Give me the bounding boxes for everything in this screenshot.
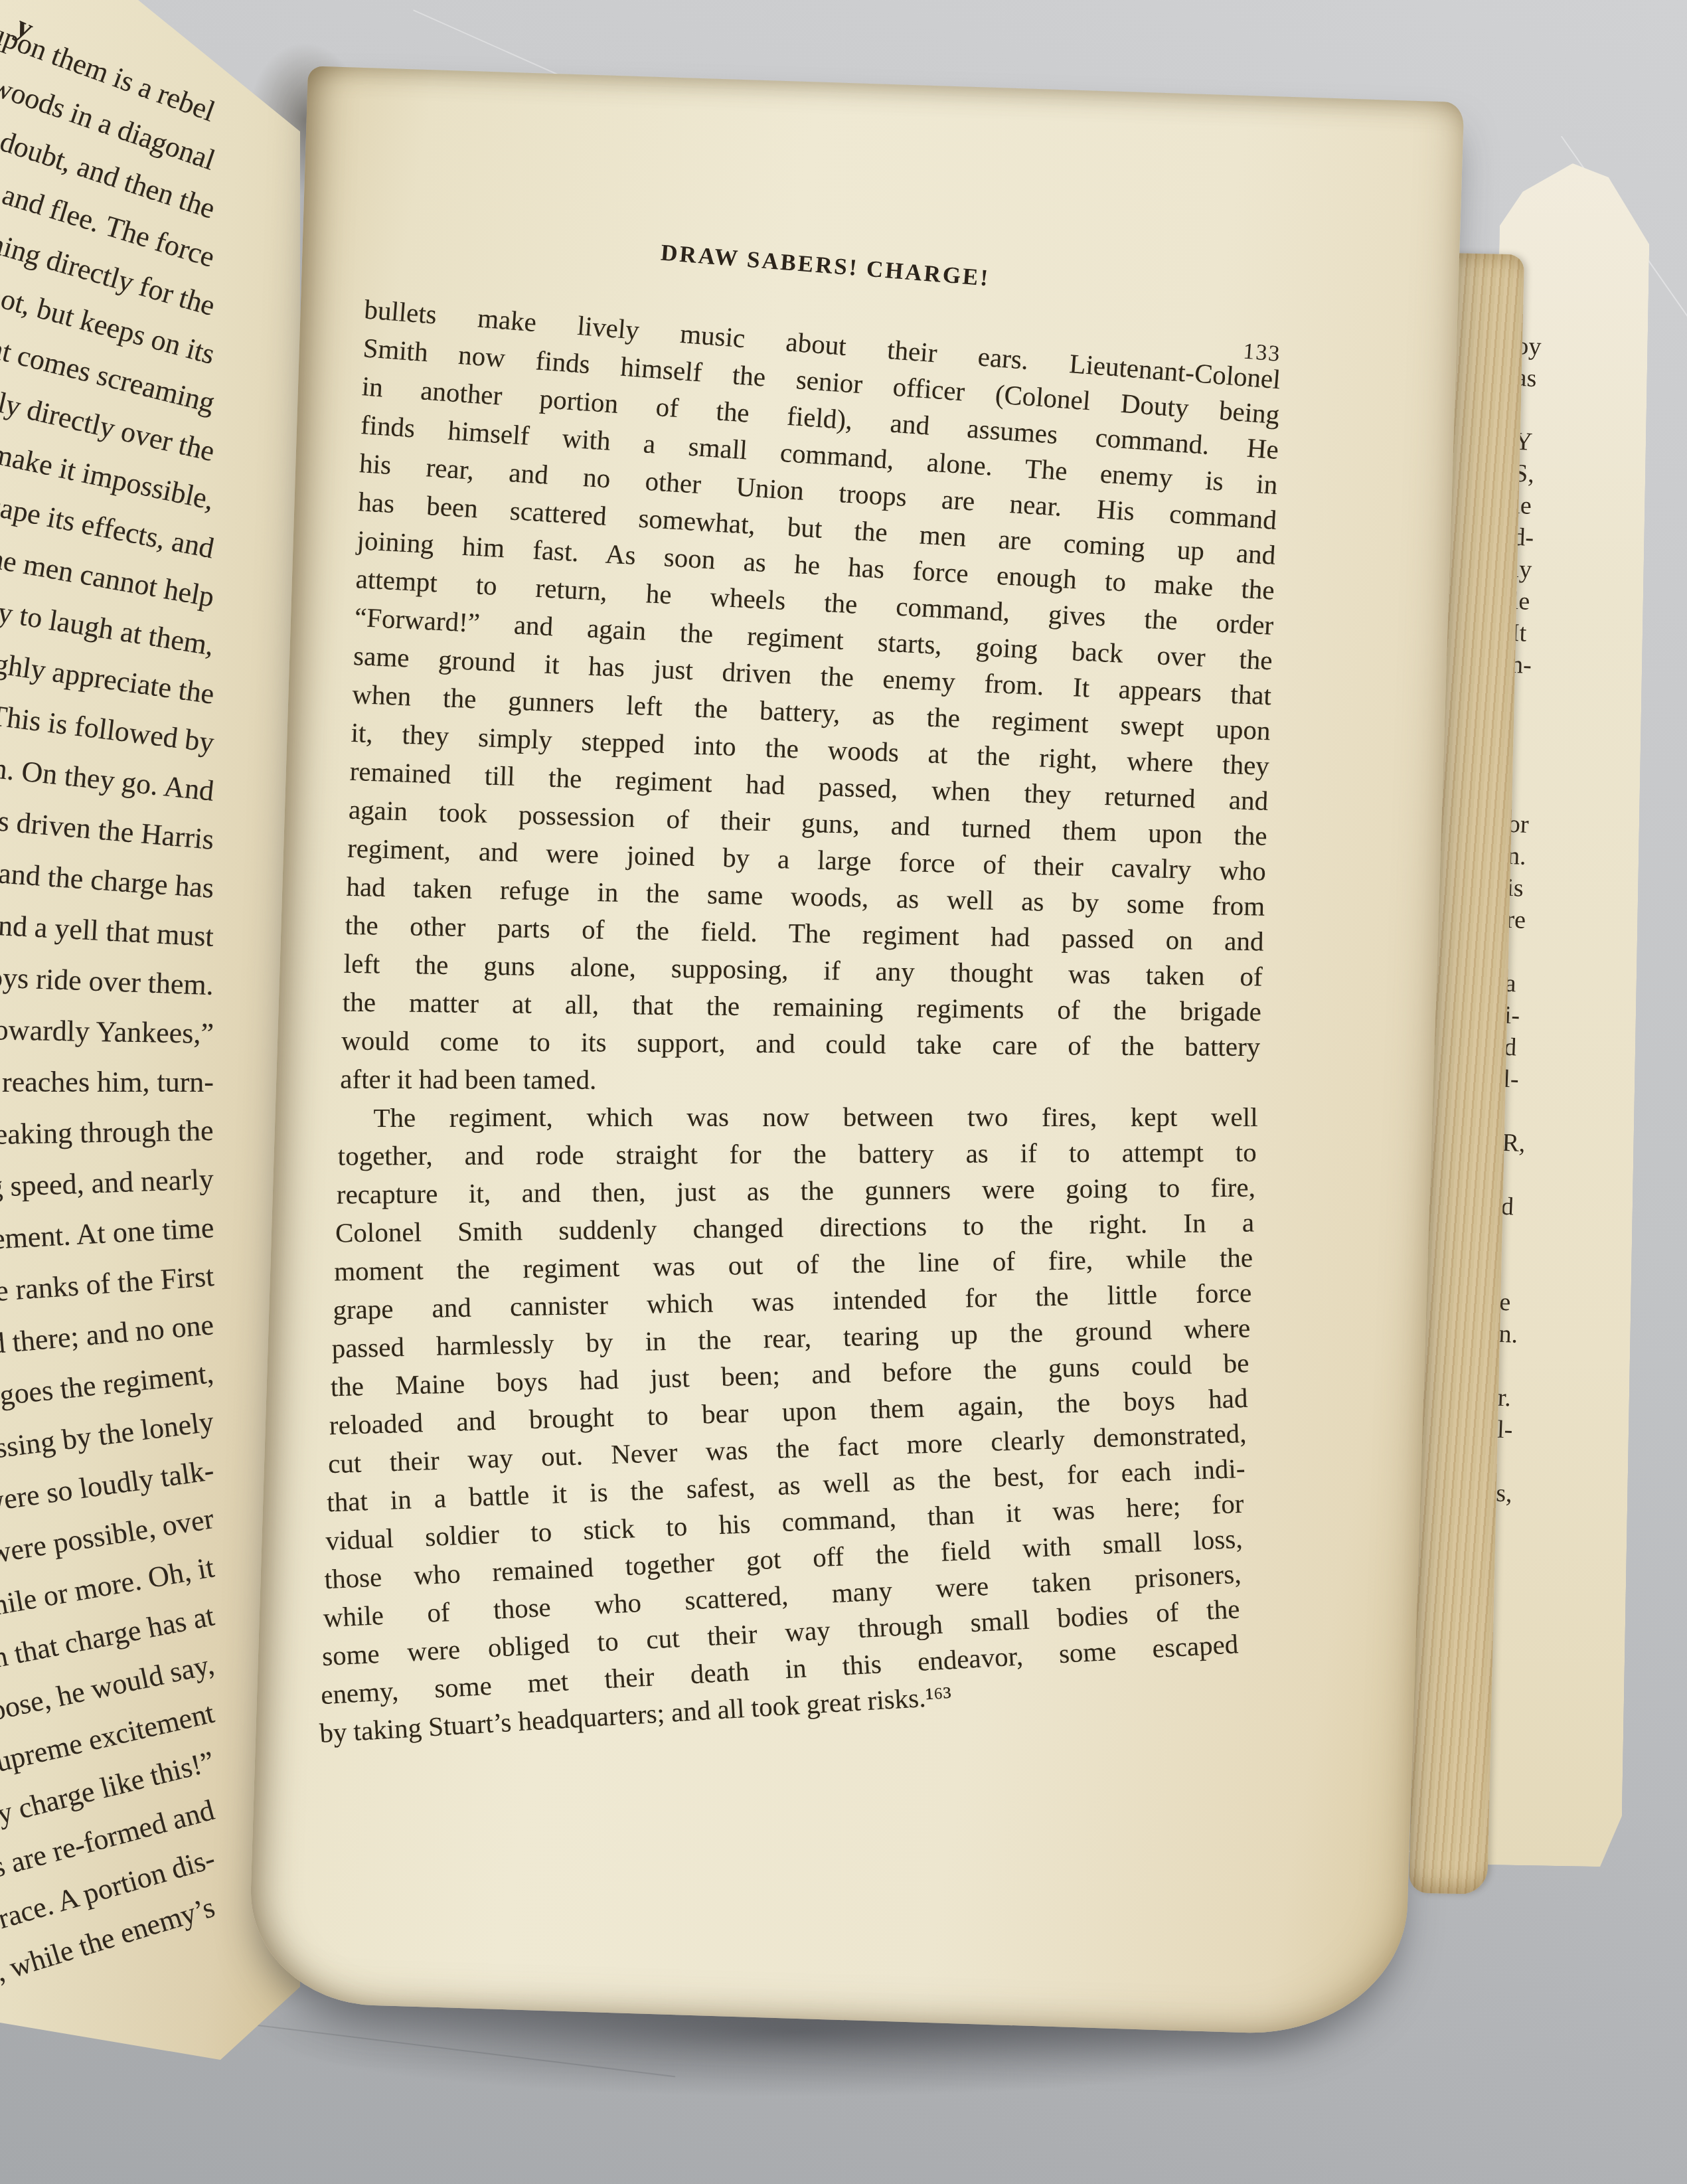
text-line [1479, 1349, 1631, 1387]
paragraph-1: bullets make lively music about their ea… [339, 290, 1283, 1127]
text-line: The regiment, which was now between two … [339, 1098, 1258, 1137]
text-line: s, [1477, 1477, 1629, 1515]
text-line [1481, 1222, 1633, 1260]
text-line: after it had been tamed. [340, 1060, 1259, 1101]
text-line: boys ride over them. [0, 957, 214, 1005]
main-page: DRAW SABERS! CHARGE! 133 bullets make li… [248, 66, 1465, 2037]
body-text: bullets make lively music about their ea… [319, 290, 1283, 1781]
text-line: re [1487, 903, 1639, 941]
text-line: r. [1479, 1381, 1630, 1419]
text-line: R, [1483, 1126, 1635, 1164]
text-line: would come to its support, and could tak… [341, 1021, 1260, 1066]
text-line: , breaking through the [0, 1111, 214, 1155]
text-line: at, and the charge has [0, 851, 215, 908]
text-line: the “cowardly Yankees,” [0, 1009, 214, 1054]
text-line [1483, 1158, 1634, 1196]
text-line: n. [1480, 1317, 1631, 1355]
text-line [1486, 935, 1638, 973]
text-line [1477, 1445, 1629, 1483]
paragraph-2: The regiment, which was now between two … [319, 1098, 1257, 1782]
text-line: l- [1484, 1062, 1635, 1100]
text-line: ment reaches him, turn- [0, 1062, 214, 1102]
text-line: e [1481, 1286, 1632, 1323]
text-line: excitement. At one time [0, 1208, 215, 1262]
text-line: the ranks of the First [0, 1256, 215, 1313]
text-line: l- [1478, 1413, 1629, 1451]
text-line: d [1482, 1190, 1633, 1228]
text-line: er and a yell that must [0, 904, 215, 957]
text-line: long speed, and nearly [0, 1159, 214, 1209]
text-line: i- [1485, 999, 1637, 1037]
text-line: d [1485, 1031, 1636, 1068]
text-line [1481, 1254, 1632, 1292]
text-line [1484, 1094, 1635, 1132]
text-line: a [1486, 967, 1637, 1005]
main-page-text-block: DRAW SABERS! CHARGE! 133 bullets make li… [319, 238, 1285, 1781]
